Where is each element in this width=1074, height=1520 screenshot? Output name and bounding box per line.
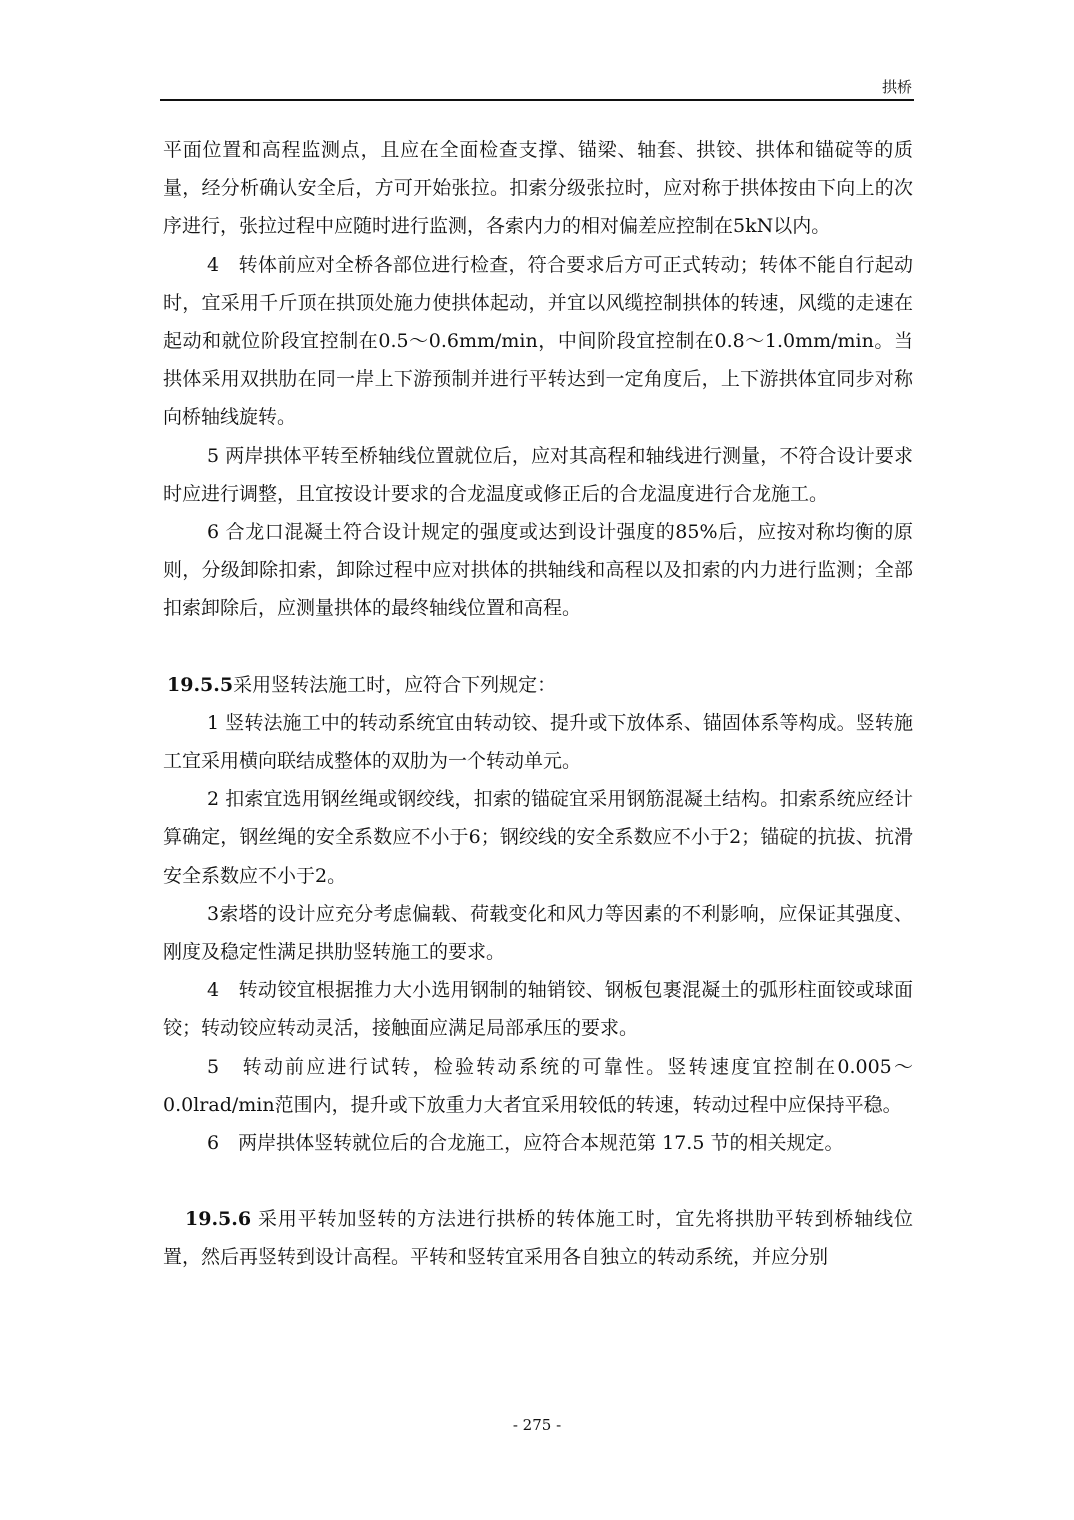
header-rule xyxy=(160,99,914,101)
paragraph-item-1: 1 竖转法施工中的转动系统宜由转动铰、提升或下放体系、锚固体系等构成。竖转施工宜… xyxy=(163,704,913,780)
clause-number: 19.5.5 xyxy=(167,674,233,696)
paragraph-item-5: 5 两岸拱体平转至桥轴线位置就位后，应对其高程和轴线进行测量，不符合设计要求时应… xyxy=(163,437,913,513)
paragraph-continuation: 平面位置和高程监测点，且应在全面检查支撑、锚梁、轴套、拱铰、拱体和锚碇等的质量，… xyxy=(163,131,913,246)
spacer xyxy=(163,1162,913,1200)
paragraph-item-6: 6 合龙口混凝土符合设计规定的强度或达到设计强度的85%后，应按对称均衡的原则，… xyxy=(163,513,913,628)
clause-text: 采用竖转法施工时，应符合下列规定： xyxy=(233,674,556,696)
clause-19-5-5: 19.5.5采用竖转法施工时，应符合下列规定： xyxy=(163,666,913,704)
paragraph-item-3: 3索塔的设计应充分考虑偏载、荷载变化和风力等因素的不利影响，应保证其强度、刚度及… xyxy=(163,895,913,971)
paragraph-item-4: 4 转体前应对全桥各部位进行检查，符合要求后方可正式转动；转体不能自行起动时，宜… xyxy=(163,246,913,437)
page-number: - 275 - xyxy=(0,1416,1074,1434)
clause-19-5-6: 19.5.6 采用平转加竖转的方法进行拱桥的转体施工时，宜先将拱肋平转到桥轴线位… xyxy=(163,1200,913,1276)
spacer xyxy=(163,628,913,666)
clause-number: 19.5.6 xyxy=(185,1208,251,1230)
page-body: 平面位置和高程监测点，且应在全面检查支撑、锚梁、轴套、拱铰、拱体和锚碇等的质量，… xyxy=(163,131,913,1277)
running-header-title: 拱桥 xyxy=(882,76,912,97)
paragraph-item-6b: 6 两岸拱体竖转就位后的合龙施工，应符合本规范第 17.5 节的相关规定。 xyxy=(163,1124,913,1162)
paragraph-item-4b: 4 转动铰宜根据推力大小选用钢制的轴销铰、钢板包裹混凝土的弧形柱面铰或球面铰；转… xyxy=(163,971,913,1047)
paragraph-item-2: 2 扣索宜选用钢丝绳或钢绞线，扣索的锚碇宜采用钢筋混凝土结构。扣索系统应经计算确… xyxy=(163,780,913,895)
clause-text: 采用平转加竖转的方法进行拱桥的转体施工时，宜先将拱肋平转到桥轴线位置，然后再竖转… xyxy=(163,1208,913,1268)
paragraph-item-5b: 5 转动前应进行试转，检验转动系统的可靠性。竖转速度宜控制在0.005～0.0l… xyxy=(163,1048,913,1124)
